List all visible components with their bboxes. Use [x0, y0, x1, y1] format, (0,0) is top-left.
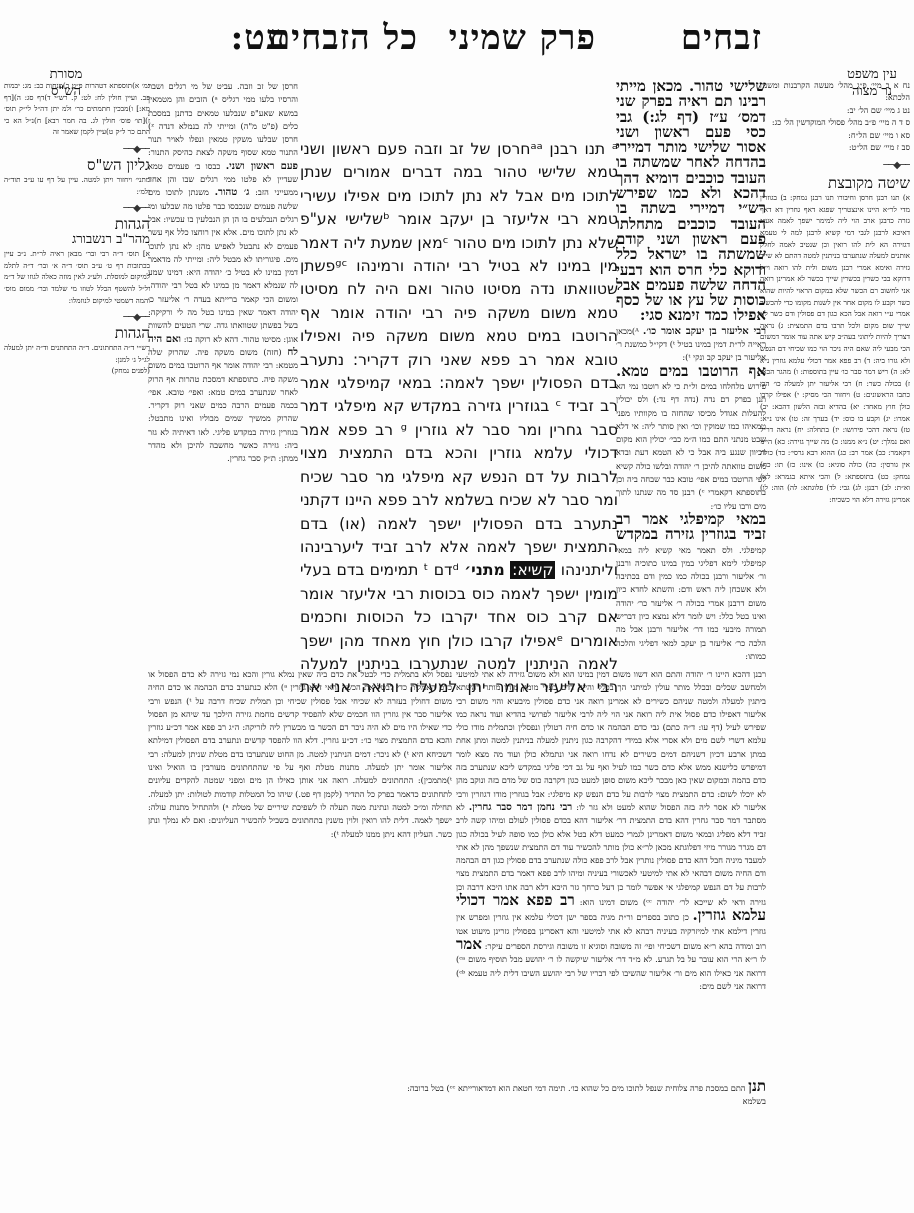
tosafot-heading: תנן [748, 1080, 766, 1095]
catchword: בשלמא [146, 1095, 766, 1108]
shita-text: א) תנו רבנן חרסן וחיבורו תנו רבנן נמחק: … [760, 192, 910, 1062]
tosafot-column: שלישי טהור. מכאן מייתי רבינו תם ראיה בפר… [616, 80, 766, 660]
gilyon-title: גליון הש"ס [4, 160, 150, 172]
ornament-divider: ──◆── [4, 144, 150, 156]
chapter-number: פרק שמיני [449, 18, 596, 58]
rashi-heading: פעם ראשון ושני. [226, 161, 298, 172]
gilyon-text: מתני׳ ויחזור ויתן למטה. עיין על דף עו ע״… [4, 174, 150, 197]
tosafot-text: רבנן דהכא היינו ר׳ יהודה והתם הוא דשוו מ… [456, 669, 766, 812]
chapter-name: כל הזבחים [269, 18, 418, 58]
tosafot-text: לו ר״א הרי הוא עובר על בל תגרע. לא מ״ד ד… [456, 954, 766, 991]
rashi-heading: ג׳ טהור. [215, 187, 250, 198]
ein-mishpat-entry: ס ד ה מיי׳ פ״ב מהל׳ פסולי המוקדשין הל׳ כ… [760, 117, 910, 129]
tosafot-bottom: רבנן דהכא היינו ר׳ יהודה והתם הוא דשוו מ… [456, 668, 766, 1098]
rashi-text: משנתן לתוכו מים שלשה פעמים שנכבסו כבר פל… [148, 187, 298, 343]
tosafot-heading: רבי נחמן דמר סבר גחרין. [469, 802, 572, 813]
hagahot-title: הגהות [4, 328, 150, 340]
rashi-bottom: נפסל ולא בתמלית כדי לבטל את כדם ביה שאין… [148, 668, 452, 1078]
tractate-name: זבחים [681, 18, 762, 58]
tosafot-heading: אף הרוטבו במים טמא. [616, 362, 766, 380]
rashi-text: (חזה) משום משקה פיה. שהרוק שלה מטמא: רבי… [148, 347, 298, 463]
rashi-column: חרסן של זב וזבה. עביט של מי רגלים ושבר ו… [148, 80, 298, 660]
hagahot-text: רש״י ד״ה התחתונים. ד״ה התחתנים וד״ה יתן … [4, 342, 150, 365]
masoret-column: גמ׳ א)תוספתא דטהרות פ״ט ב)מנחות כב: מג: … [4, 80, 150, 377]
tosafot-text: התם במסכת פרה צלוחית שנפל לתוכו מים כל ש… [407, 1083, 745, 1093]
mishnah-label: מתני׳ [464, 561, 505, 579]
tosafot-text: קמיפלגי. ולס תאמר מאי קשיא ליה במאי קמיפ… [616, 545, 766, 661]
ornament-divider: ──◆── [4, 203, 150, 215]
hagahot-rashburg-text: א] תוס׳ ד״ה רבי ובר׳ מבאן ראיה לר״ת. נ״ב… [4, 248, 150, 306]
ein-mishpat-entry: נט ג מיי׳ שם הל׳ יב: [760, 105, 910, 117]
hagahot-note: (לפנים נמחק) [4, 365, 150, 377]
rashi-text: נפסל ולא בתמלית כדי לבטל את כדם ביה שאין… [148, 669, 452, 759]
ein-mishpat-column: נח א ב מיי׳ פ״ג מהל׳ מעשה הקרבנות ומשנה … [760, 80, 910, 1062]
tosafot-text: פירוש מלחלחו במים ול״ת כי לא רוטבו נמי ה… [616, 381, 766, 511]
tosafot-p1: שלישי טהור. מכאן מייתי רבינו תם ראיה בפר… [616, 80, 766, 324]
ornament-divider: ──◆── [760, 160, 910, 172]
hagahot-rashburg-title: הגהות [4, 219, 150, 231]
ein-mishpat-entry: סא ו מיי׳ שם הל״ח: [760, 130, 910, 142]
gemara-block: ᵃ תנו רבנן ᵃᵃחרסן של זב וזבה פעם ראשון ו… [300, 138, 618, 698]
ein-mishpat-entry: נח א ב מיי׳ פ״ג מהל׳ מעשה הקרבנות ומשנה … [760, 80, 910, 105]
tosafot-heading: במאי קמיפלגי אמר רב זביד בגוזרין גזירה ב… [616, 510, 766, 543]
tosafot-heading: אמר [456, 935, 482, 953]
rashi-text: ניכר: דמים הניתנין למטה. מן החוט שנתערבו… [148, 749, 452, 839]
ornament-divider: ──◆── [4, 312, 150, 324]
ein-mishpat-entry: סב ז מיי׳ שם הל״ט: [760, 142, 910, 154]
shita-title: שיטה מקובצת [760, 177, 910, 189]
tosafot-tail: תנן התם במסכת פרה צלוחית שנפל לתוכו מים … [146, 1080, 766, 1109]
hagahot-rashburg-subtitle: מהר"ב רנשבורג [4, 234, 150, 246]
masoret-text: גמ׳ א)תוספתא דטהרות פ״ט ב)מנחות כב: מג: … [4, 80, 150, 138]
gemara-text: ᵃ תנו רבנן ᵃᵃחרסן של זב וזבה פעם ראשון ו… [300, 140, 618, 579]
kasha-marker: קשיא: [510, 561, 555, 579]
tosafot-heading: רבי אליעזר בן יעקב אומר כו׳. [643, 326, 766, 337]
rashi-text: חרסן של זב וזבה. עביט של מי רגלים ושבר ו… [148, 81, 298, 157]
